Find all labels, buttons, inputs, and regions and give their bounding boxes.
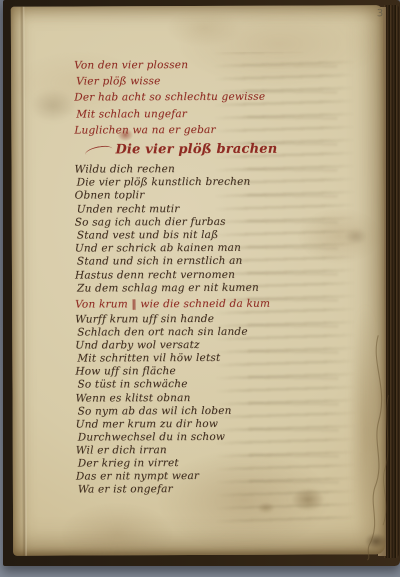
verse-line: Stand vest und bis nit laß [77, 228, 345, 242]
gutter-crease [20, 7, 27, 556]
verse-line: Wil er dich irran [76, 443, 346, 457]
verse-line: Durchwechsel du in schow [78, 430, 346, 444]
verse-line: Mit schritten vil höw letst [77, 352, 345, 366]
verse-line: So sag ich auch dier furbas [75, 215, 345, 229]
heading-flourish-swash [84, 144, 113, 154]
manuscript-page: 3 Von den vier plossen Vier plöß wisse D… [11, 5, 385, 556]
stanza-breaking-section: Wildu dich rechen Die vier plöß kunstlic… [74, 162, 345, 295]
verse-line: Wurff krum uff sin hande [75, 313, 345, 327]
verse-line: Und mer krum zu dir how [76, 417, 346, 431]
verse-line-red: Luglichen wa na er gebar [74, 121, 344, 138]
verse-line: Und er schrick ab kainen man [75, 242, 345, 256]
verse-line: Schlach den ort nach sin lande [77, 326, 345, 340]
section-heading: Die vier plöß brachen [84, 141, 344, 156]
stanza-krump-section: Wurff krum uff sin hande Schlach den ort… [75, 313, 346, 497]
verse-line: Wa er ist ongefar [78, 482, 346, 496]
verse-line-red: Vier plöß wisse [76, 73, 344, 90]
verse-line: Und darby wol versatz [75, 339, 345, 353]
verse-line: Obnen toplir [75, 189, 345, 203]
verse-line: Stand und sich in ernstlich an [77, 255, 345, 269]
verse-line: Zu dem schlag mag er nit kumen [77, 281, 345, 295]
stain [365, 533, 387, 549]
verse-line: Unden recht mutir [77, 202, 345, 216]
verse-line-red: Der hab acht so schlechtu gewisse [74, 89, 344, 106]
verse-line-red: Mit schlach ungefar [76, 105, 344, 122]
verse-line: So tüst in schwäche [77, 378, 345, 392]
manuscript-photo: 3 Von den vier plossen Vier plöß wisse D… [0, 0, 400, 577]
folio-number: 3 [377, 8, 383, 19]
verse-line: How uff sin fläche [75, 365, 345, 379]
text-block: Von den vier plossen Vier plöß wisse Der… [74, 56, 346, 496]
verse-line: Der krieg in virret [78, 456, 346, 470]
rubric-intro-section: Von den vier plossen Vier plöß wisse Der… [74, 56, 344, 138]
verse-line: Wildu dich rechen [74, 162, 344, 176]
rubric-krump-line: Von krum ‖ wie die schneid da kum [75, 297, 345, 311]
verse-line-red: Von den vier plossen [74, 56, 344, 73]
verse-line: So nym ab das wil ich loben [78, 404, 346, 418]
verse-line: Hastus denn recht vernomen [75, 268, 345, 282]
verse-line: Wenn es klitst obnan [75, 391, 345, 405]
verse-line: Das er nit nympt wear [76, 469, 346, 483]
book-fore-edge [384, 5, 399, 558]
stain [29, 89, 77, 123]
verse-line: Die vier plöß kunstlich brechen [77, 176, 345, 190]
section-heading-text: Die vier plöß brachen [115, 141, 277, 157]
book-block: 3 Von den vier plossen Vier plöß wisse D… [3, 0, 400, 566]
